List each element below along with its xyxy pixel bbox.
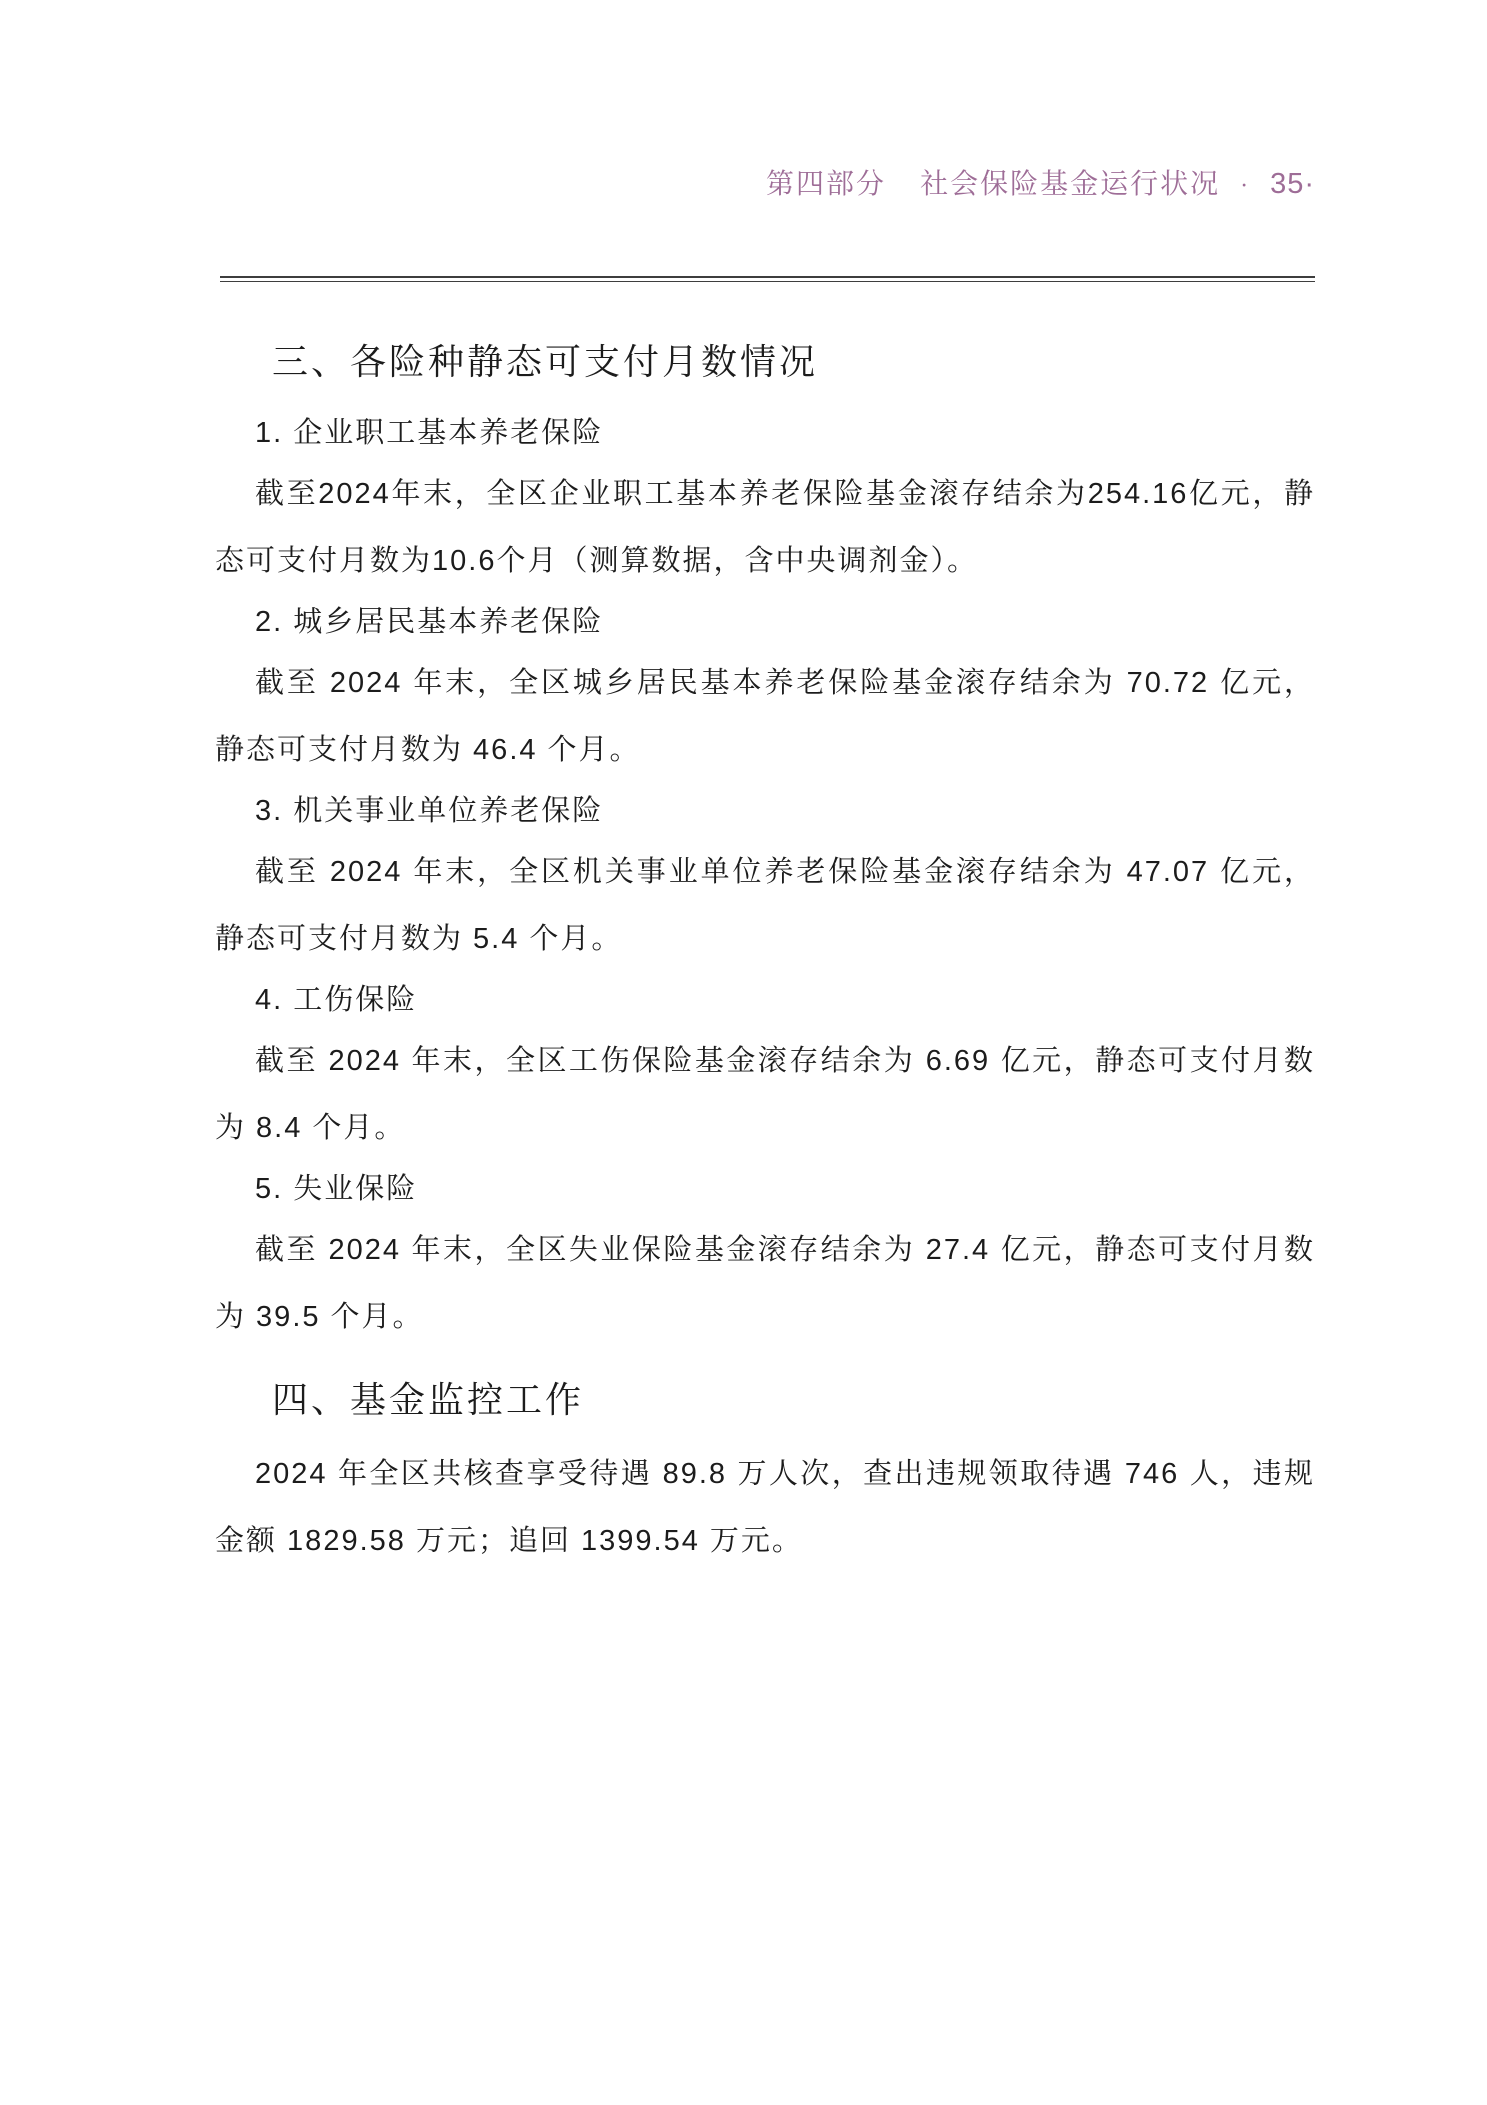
item-label: 4. 工伤保险 [215,973,1315,1028]
item-paragraph: 截至2024年末，全区企业职工基本养老保险基金滚存结余为254.16亿元，静态可… [215,461,1315,595]
item-label: 1. 企业职工基本养老保险 [215,406,1315,461]
header-double-rule [220,276,1315,282]
item-label: 5. 失业保险 [215,1162,1315,1217]
insurance-item: 1. 企业职工基本养老保险 截至2024年末，全区企业职工基本养老保险基金滚存结… [215,406,1315,595]
page-number: 35· [1270,168,1315,201]
item-paragraph: 截至 2024 年末，全区机关事业单位养老保险基金滚存结余为 47.07 亿元，… [215,839,1315,973]
running-header: 第四部分 社会保险基金运行状况 · 35· [220,162,1315,202]
section-four-heading: 四、基金监控工作 [272,1375,1315,1425]
header-section-label: 第四部分 [766,162,886,202]
monitoring-paragraph: 2024 年全区共核查享受待遇 89.8 万人次，查出违规领取待遇 746 人，… [215,1441,1315,1575]
document-body: 三、各险种静态可支付月数情况 1. 企业职工基本养老保险 截至2024年末，全区… [215,338,1315,1575]
insurance-item: 2. 城乡居民基本养老保险 截至 2024 年末，全区城乡居民基本养老保险基金滚… [215,595,1315,784]
item-paragraph: 截至 2024 年末，全区工伤保险基金滚存结余为 6.69 亿元，静态可支付月数… [215,1028,1315,1162]
item-paragraph: 截至 2024 年末，全区失业保险基金滚存结余为 27.4 亿元，静态可支付月数… [215,1217,1315,1351]
item-paragraph: 截至 2024 年末，全区城乡居民基本养老保险基金滚存结余为 70.72 亿元，… [215,650,1315,784]
header-middle-dot: · [1240,173,1250,200]
insurance-item: 4. 工伤保险 截至 2024 年末，全区工伤保险基金滚存结余为 6.69 亿元… [215,973,1315,1162]
header-title: 社会保险基金运行状况 [920,162,1220,202]
item-label: 2. 城乡居民基本养老保险 [215,595,1315,650]
section-three-heading: 三、各险种静态可支付月数情况 [272,338,1315,386]
insurance-item: 3. 机关事业单位养老保险 截至 2024 年末，全区机关事业单位养老保险基金滚… [215,784,1315,973]
document-page: 第四部分 社会保险基金运行状况 · 35· 三、各险种静态可支付月数情况 1. … [0,0,1487,2105]
insurance-item: 5. 失业保险 截至 2024 年末，全区失业保险基金滚存结余为 27.4 亿元… [215,1162,1315,1351]
item-label: 3. 机关事业单位养老保险 [215,784,1315,839]
